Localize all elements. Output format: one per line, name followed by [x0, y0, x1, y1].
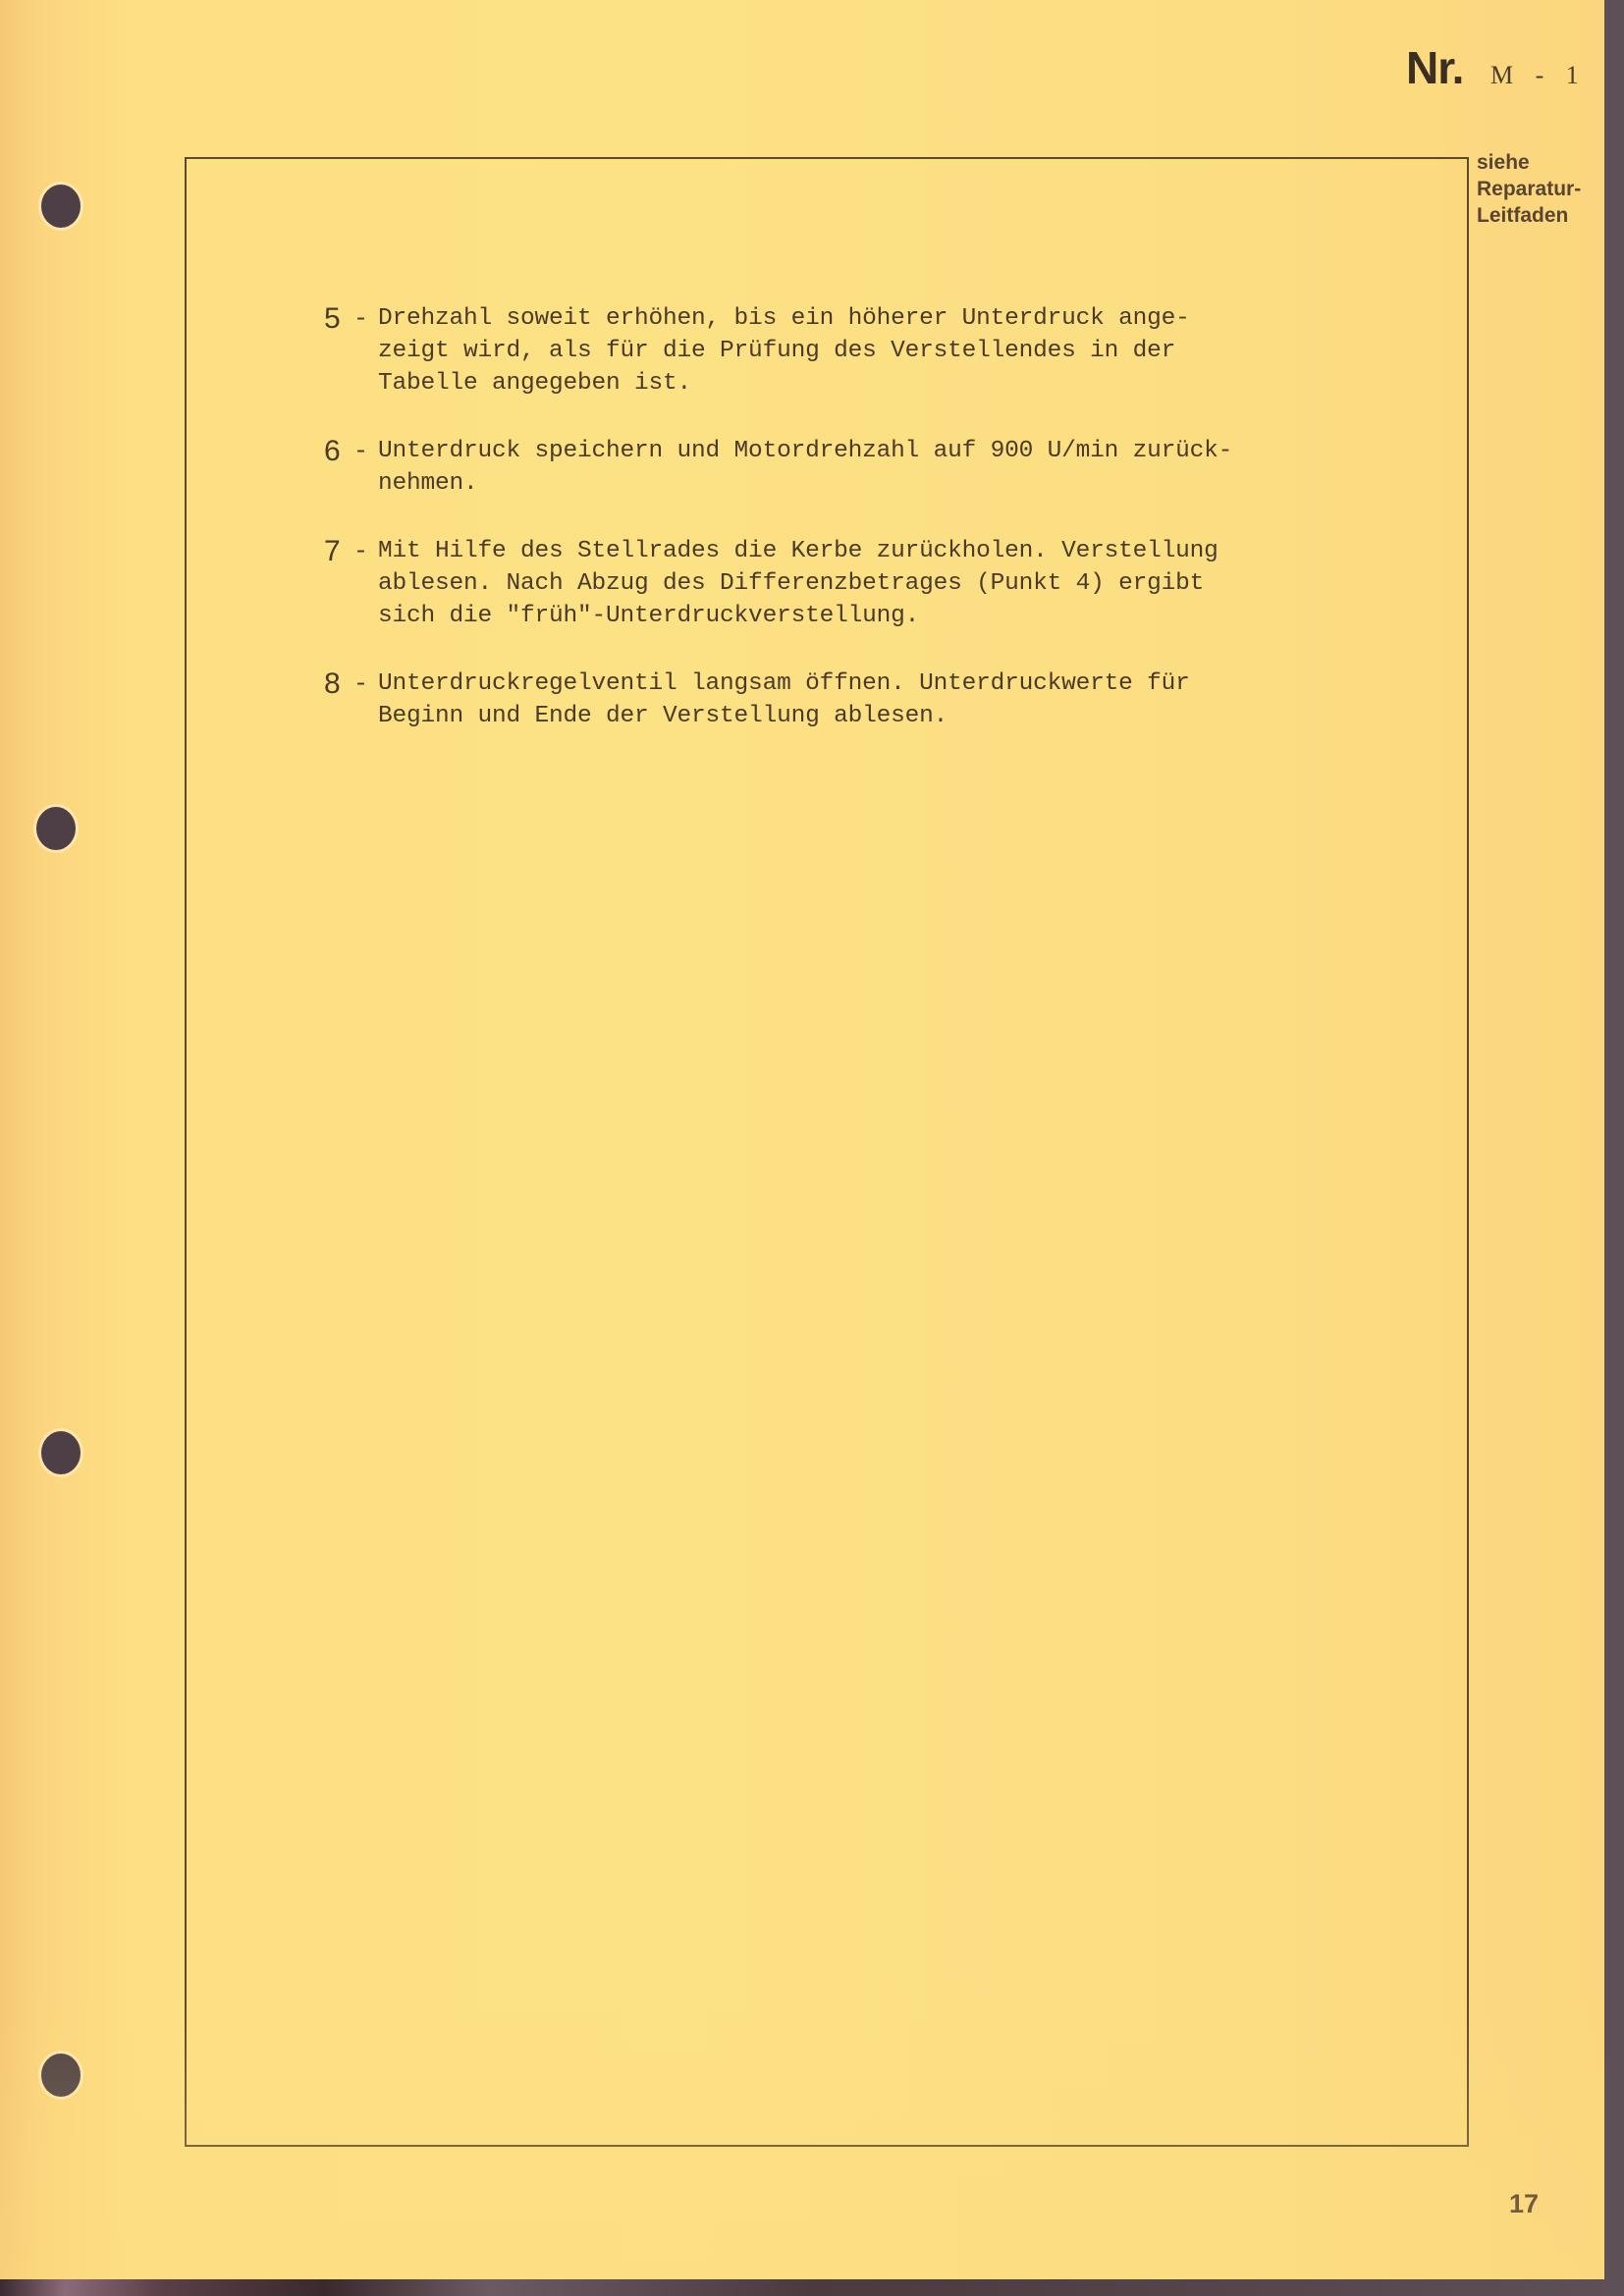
page-number: 17: [1509, 2189, 1539, 2219]
step-text: Drehzahl soweit erhöhen, bis ein höherer…: [378, 302, 1384, 400]
step-item: 5 - Drehzahl soweit erhöhen, bis ein höh…: [324, 302, 1384, 400]
document-number-value: M - 1: [1490, 61, 1587, 90]
step-number: 7: [324, 535, 341, 568]
document-page: Nr. M - 1 siehe Reparatur- Leitfaden 5 -…: [0, 0, 1604, 2279]
scan-background-edge: [0, 2279, 1624, 2296]
punch-hole: [41, 1431, 81, 1474]
side-note-line: siehe: [1477, 149, 1581, 176]
step-dash: -: [353, 435, 368, 467]
step-dash: -: [353, 302, 368, 335]
step-dash: -: [353, 667, 368, 700]
step-text: Unterdruckregelventil langsam öffnen. Un…: [378, 667, 1384, 732]
step-text: Unterdruck speichern und Motordrehzahl a…: [378, 435, 1384, 500]
step-item: 7 - Mit Hilfe des Stellrades die Kerbe z…: [324, 535, 1384, 632]
step-text: Mit Hilfe des Stellrades die Kerbe zurüc…: [378, 535, 1384, 632]
side-note: siehe Reparatur- Leitfaden: [1477, 149, 1581, 229]
punch-hole: [41, 185, 81, 228]
step-item: 8 - Unterdruckregelventil langsam öffnen…: [324, 667, 1384, 732]
step-number: 6: [324, 435, 341, 468]
step-dash: -: [353, 535, 368, 567]
punch-hole: [36, 807, 76, 850]
step-number: 5: [324, 302, 341, 336]
side-note-line: Leitfaden: [1477, 202, 1581, 229]
punch-hole: [41, 2054, 81, 2097]
side-note-line: Reparatur-: [1477, 176, 1581, 202]
step-item: 6 - Unterdruck speichern und Motordrehza…: [324, 435, 1384, 500]
document-number-label: Nr.: [1406, 41, 1463, 94]
step-number: 8: [324, 667, 341, 701]
instruction-steps: 5 - Drehzahl soweit erhöhen, bis ein höh…: [324, 302, 1384, 768]
